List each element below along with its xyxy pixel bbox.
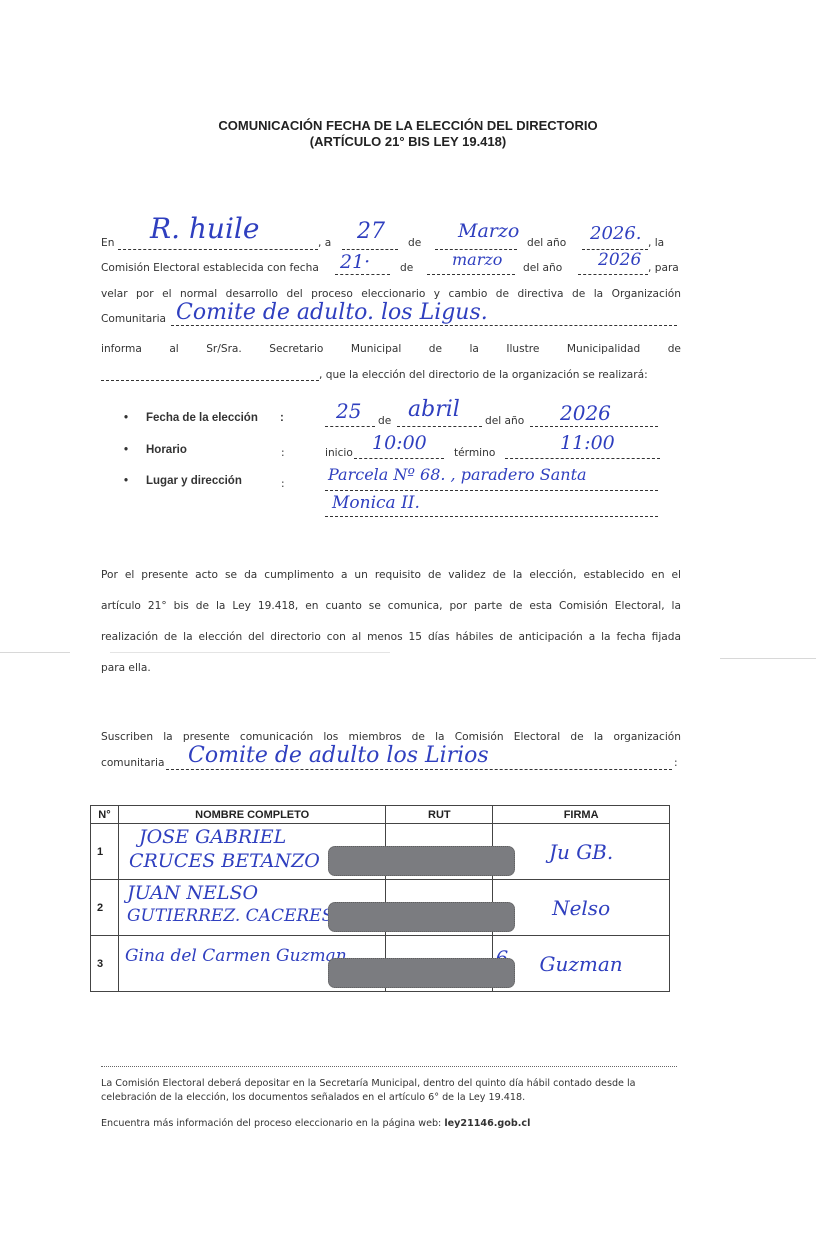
de-label: de: [408, 236, 421, 250]
comision-mes-handwritten: marzo: [452, 252, 502, 268]
name-line1: JUAN NELSO: [127, 884, 258, 903]
lugar-direccion-label: Lugar y dirección: [146, 475, 242, 487]
fecha-mes-line[interactable]: [397, 426, 482, 427]
fecha-dia-line[interactable]: [325, 426, 375, 427]
comision-del-anio-label: del año: [523, 261, 562, 275]
name-line1: JOSE GABRIEL: [139, 828, 286, 847]
row-num: 2: [91, 880, 119, 936]
lugar-line1-handwritten: Parcela Nº 68. , paradero Santa: [328, 467, 587, 483]
comision-label: Comisión Electoral establecida con fecha: [101, 261, 319, 275]
row-num: 3: [91, 936, 119, 992]
more-info-link[interactable]: ley21146.gob.cl: [444, 1118, 530, 1129]
comision-anio-handwritten: 2026: [598, 252, 641, 269]
lugar-line2-handwritten: Monica II.: [332, 495, 420, 512]
signature: Ju GB.: [549, 840, 613, 864]
informa-word: Secretario: [269, 342, 323, 356]
rut-redaction-1: [328, 846, 515, 876]
comision-anio-line[interactable]: [578, 274, 648, 275]
horario-colon: :: [281, 446, 285, 460]
col-header-rut: RUT: [386, 806, 493, 824]
firma-cell[interactable]: Ju GB.: [493, 824, 670, 880]
suscriben-organizacion-line[interactable]: [166, 769, 672, 770]
inicio-label: inicio: [325, 446, 353, 460]
body-line-1: Por el presente acto se da cumplimento a…: [101, 568, 681, 582]
name-line1: Gina del Carmen Guzman: [125, 948, 347, 965]
name-line2: GUTIERREZ. CACERES: [127, 908, 333, 925]
col-header-name: NOMBRE COMPLETO: [118, 806, 385, 824]
fecha-del-anio-label: del año: [485, 414, 524, 428]
informa-word: de: [429, 342, 442, 356]
scan-artifact: [720, 658, 816, 659]
informa-word: Sr/Sra.: [206, 342, 242, 356]
more-info-text: Encuentra más información del proceso el…: [101, 1118, 444, 1129]
inicio-handwritten: 10:00: [372, 434, 427, 453]
fecha-anio-line[interactable]: [530, 426, 658, 427]
footer-note: La Comisión Electoral deberá depositar e…: [101, 1077, 691, 1105]
suscriben-organizacion-handwritten: Comite de adulto los Lirios: [188, 745, 489, 767]
scan-artifact: [110, 652, 390, 653]
document-title-line2: (ARTÍCULO 21° BIS LEY 19.418): [0, 134, 816, 150]
comision-mes-line[interactable]: [427, 274, 515, 275]
del-anio-label: del año: [527, 236, 566, 250]
termino-label: término: [454, 446, 495, 460]
footer-more-info: Encuentra más información del proceso el…: [101, 1117, 530, 1131]
firma-cell[interactable]: Guzman: [493, 936, 670, 992]
termino-field-line[interactable]: [505, 458, 660, 459]
velar-text: velar por el normal desarrollo del proce…: [101, 287, 681, 301]
comunitaria-label: Comunitaria: [101, 312, 166, 326]
informa-word: informa: [101, 342, 142, 356]
bullet-dot: •: [124, 444, 128, 456]
suscriben-comunitaria-label: comunitaria: [101, 756, 164, 770]
table-header-row: N° NOMBRE COMPLETO RUT FIRMA: [91, 806, 670, 824]
organizacion-field-line[interactable]: [171, 325, 677, 326]
fecha-eleccion-label: Fecha de la elección: [146, 412, 258, 424]
la-label: , la: [648, 236, 664, 250]
en-label: En: [101, 236, 114, 250]
fecha-anio-handwritten: 2026: [560, 403, 611, 423]
informa-word: de: [668, 342, 681, 356]
lugar-field-line[interactable]: [118, 249, 318, 250]
signature: Nelso: [552, 896, 610, 920]
informa-word: Municipal: [351, 342, 401, 356]
para-label: , para: [648, 261, 679, 275]
bullet-dot: •: [124, 475, 128, 487]
signature: Guzman: [540, 952, 623, 976]
informa-line: informa al Sr/Sra. Secretario Municipal …: [101, 342, 681, 356]
bullet-dot: •: [124, 412, 128, 424]
col-header-num: N°: [91, 806, 119, 824]
fecha-dia-handwritten: 25: [336, 401, 361, 421]
fecha-mes-handwritten: abril: [408, 399, 460, 421]
name-line2: CRUCES BETANZO: [129, 852, 320, 871]
rut-redaction-3: [328, 958, 515, 988]
lugar-line1[interactable]: [325, 490, 658, 491]
organizacion-handwritten: Comite de adulto. los Ligus.: [176, 302, 488, 324]
informa-word: la: [469, 342, 478, 356]
a-label: , a: [318, 236, 331, 250]
municipalidad-field-line[interactable]: [101, 380, 319, 381]
termino-handwritten: 11:00: [560, 434, 615, 453]
inicio-field-line[interactable]: [354, 458, 444, 459]
comision-dia-line[interactable]: [335, 274, 390, 275]
document-title-line1: COMUNICACIÓN FECHA DE LA ELECCIÓN DEL DI…: [0, 118, 816, 134]
firma-cell[interactable]: Nelso: [493, 880, 670, 936]
comision-dia-handwritten: 21·: [340, 253, 370, 272]
col-header-firma: FIRMA: [493, 806, 670, 824]
horario-label: Horario: [146, 444, 187, 456]
lugar-colon: :: [281, 477, 285, 491]
suscriben-text: Suscriben la presente comunicación los m…: [101, 730, 681, 744]
body-line-3: realización de la elección del directori…: [101, 630, 681, 644]
body-line-4: para ella.: [101, 661, 151, 675]
informa-word: Municipalidad: [567, 342, 640, 356]
anio-handwritten: 2026.: [590, 225, 642, 243]
suscriben-colon: :: [674, 756, 678, 770]
footer-divider: [101, 1066, 677, 1067]
dia-field-line[interactable]: [342, 249, 398, 250]
scan-artifact: [0, 652, 70, 653]
fecha-colon: :: [280, 412, 284, 424]
lugar-line2[interactable]: [325, 516, 658, 517]
realizara-text: , que la elección del directorio de la o…: [319, 368, 648, 382]
comision-de-label: de: [400, 261, 413, 275]
dia-handwritten: 27: [357, 221, 385, 243]
rut-redaction-2: [328, 902, 515, 932]
mes-handwritten: Marzo: [458, 222, 519, 241]
informa-word: Ilustre: [506, 342, 539, 356]
lugar-handwritten: R. huile: [150, 215, 259, 243]
fecha-de-label: de: [378, 414, 391, 428]
informa-word: al: [169, 342, 178, 356]
row-num: 1: [91, 824, 119, 880]
body-line-2: artículo 21° bis de la Ley 19.418, en cu…: [101, 599, 681, 613]
